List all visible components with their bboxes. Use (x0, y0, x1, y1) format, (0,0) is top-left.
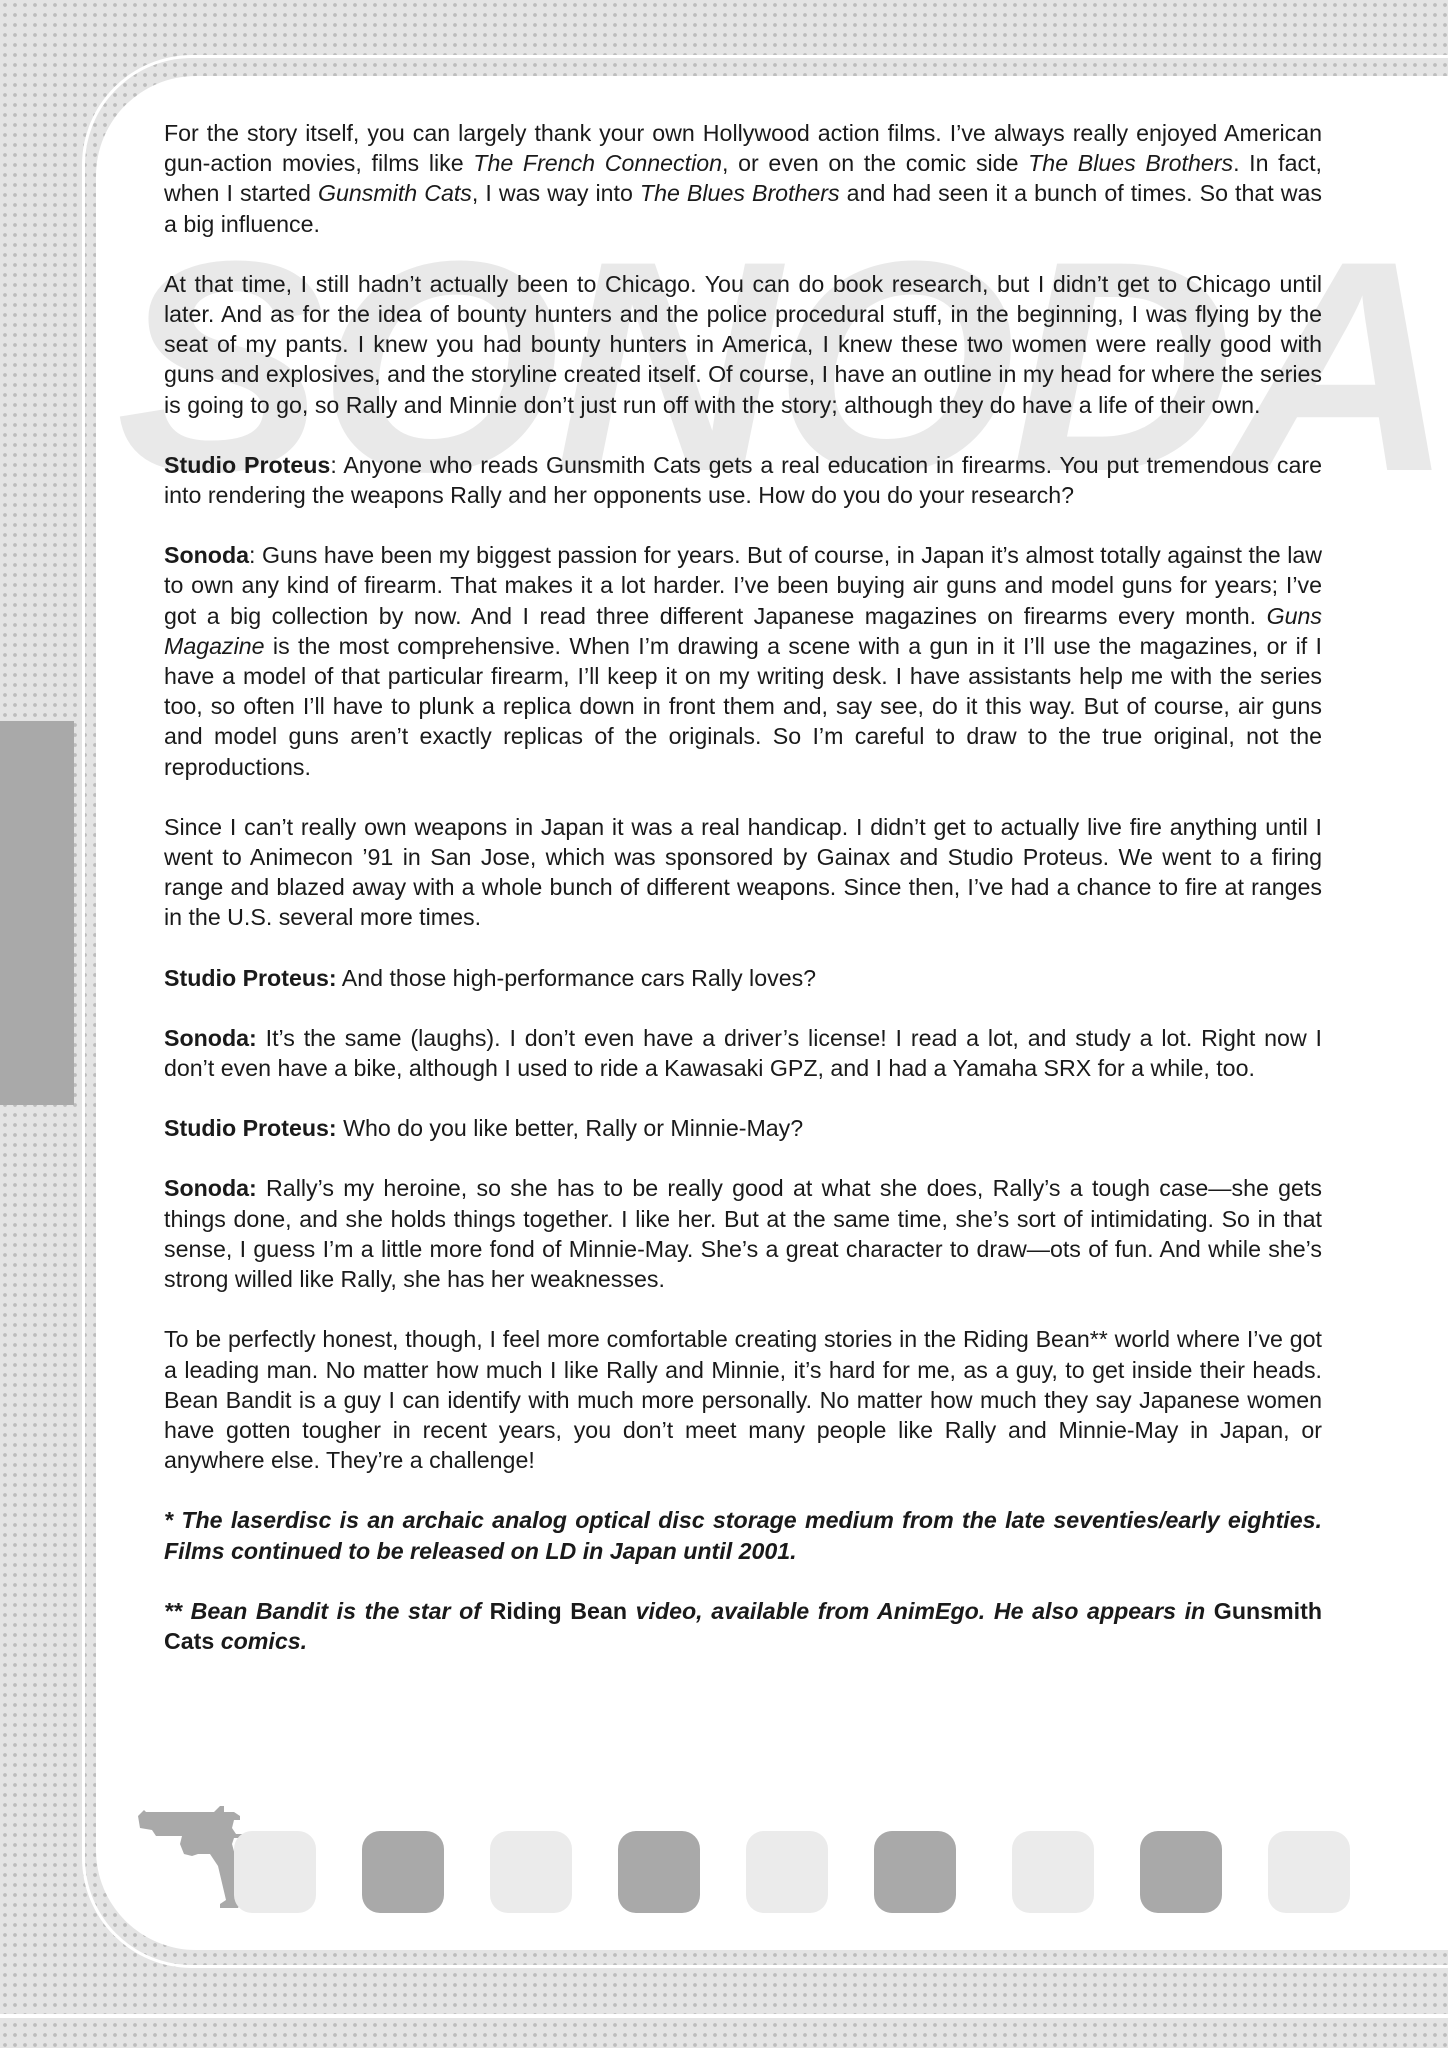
title-reference: Riding Bean (490, 1598, 627, 1624)
question-paragraph: Studio Proteus: Who do you like better, … (164, 1113, 1322, 1143)
text-run: , I was way into (472, 180, 640, 206)
text-run: It’s the same (laughs). I don’t even hav… (164, 1025, 1322, 1081)
answer-paragraph: Sonoda: Rally’s my heroine, so she has t… (164, 1173, 1322, 1294)
speaker-label: Sonoda: (164, 1175, 257, 1201)
answer-paragraph: Sonoda: Guns have been my biggest passio… (164, 540, 1322, 782)
question-paragraph: Studio Proteus: Anyone who reads Gunsmit… (164, 450, 1322, 510)
body-paragraph: To be perfectly honest, though, I feel m… (164, 1324, 1322, 1475)
title-reference: Gunsmith Cats (318, 180, 472, 206)
question-paragraph: Studio Proteus: And those high-performan… (164, 963, 1322, 993)
decorative-tile-light (1268, 1831, 1350, 1913)
text-run: is the most comprehensive. When I’m draw… (164, 633, 1322, 780)
speaker-label: Studio Proteus: (164, 1115, 337, 1141)
speaker-label: Sonoda: (164, 1025, 257, 1051)
text-run: , or even on the comic side (722, 150, 1028, 176)
decorative-tile-dark (1140, 1831, 1222, 1913)
text-run: And those high-performance cars Rally lo… (337, 965, 816, 991)
text-run: ** Bean Bandit is the star of (164, 1598, 490, 1624)
decorative-tile-light (234, 1831, 316, 1913)
text-run: Who do you like better, Rally or Minnie-… (337, 1115, 804, 1141)
body-paragraph: At that time, I still hadn’t actually be… (164, 269, 1322, 420)
answer-paragraph: Sonoda: It’s the same (laughs). I don’t … (164, 1023, 1322, 1083)
decorative-tile-dark (362, 1831, 444, 1913)
text-run: comics. (214, 1628, 307, 1654)
body-paragraph: For the story itself, you can largely th… (164, 118, 1322, 239)
text-run: Since I can’t really own weapons in Japa… (164, 814, 1322, 931)
page-panel: SONODA For the story itself, you can lar… (96, 76, 1448, 1950)
speaker-label: Studio Proteus (164, 452, 330, 478)
text-run: * The laserdisc is an archaic analog opt… (164, 1507, 1322, 1563)
decorative-tile-light (490, 1831, 572, 1913)
body-paragraph: Since I can’t really own weapons in Japa… (164, 812, 1322, 933)
title-reference: The Blues Brothers (640, 180, 840, 206)
decorative-tile-dark (618, 1831, 700, 1913)
text-run: Rally’s my heroine, so she has to be rea… (164, 1175, 1322, 1292)
decorative-tile-dark (874, 1831, 956, 1913)
footnote: * The laserdisc is an archaic analog opt… (164, 1505, 1322, 1565)
bottom-rule (0, 2014, 1448, 2018)
footnote: ** Bean Bandit is the star of Riding Bea… (164, 1596, 1322, 1656)
speaker-label: Studio Proteus: (164, 965, 337, 991)
article-body: For the story itself, you can largely th… (164, 118, 1322, 1686)
text-run: : Guns have been my biggest passion for … (164, 542, 1322, 628)
title-reference: The Blues Brothers (1028, 150, 1233, 176)
text-run: video, available from AnimEgo. He also a… (627, 1598, 1214, 1624)
side-chapter-tab (0, 721, 74, 1105)
text-run: To be perfectly honest, though, I feel m… (164, 1326, 1322, 1473)
text-run: : Anyone who reads Gunsmith Cats gets a … (164, 452, 1322, 508)
text-run: At that time, I still hadn’t actually be… (164, 271, 1322, 418)
decorative-tile-light (746, 1831, 828, 1913)
speaker-label: Sonoda (164, 542, 249, 568)
footer-decoration (96, 1804, 1448, 1924)
title-reference: The French Connection (473, 150, 722, 176)
decorative-tile-light (1012, 1831, 1094, 1913)
